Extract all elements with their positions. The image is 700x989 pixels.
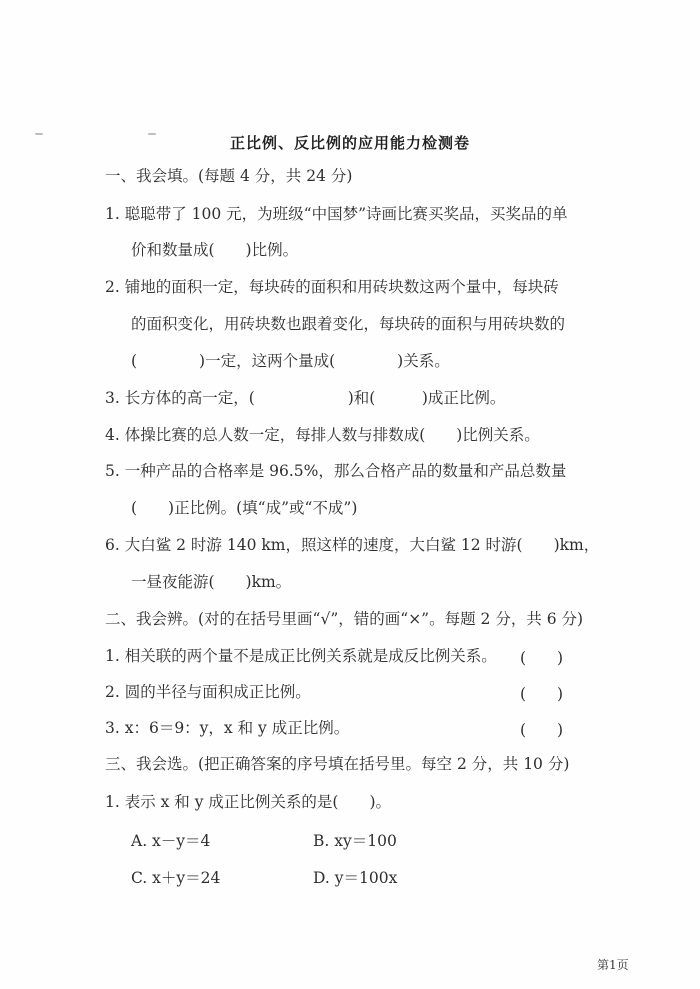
fill-question-5-line-1: 5. 一种产品的合格率是 96.5%，那么合格产品的数量和产品总数量 (105, 461, 566, 481)
fill-question-2-line-2: 的面积变化，用砖块数也跟着变化，每块砖的面积与用砖块数的 (131, 314, 565, 334)
fill-question-5-line-2: ( )正比例。(填“成”或“不成”) (131, 498, 357, 518)
fill-question-2-line-1: 2. 铺地的面积一定，每块砖的面积和用砖块数这两个量中，每块砖 (105, 277, 559, 297)
judge-answer-3: ( ) (520, 718, 563, 740)
fill-question-1-line-1: 1. 聪聪带了 100 元，为班级“中国梦”诗画比赛买奖品，买奖品的单 (105, 204, 568, 224)
page-number: 第1页 (597, 956, 629, 973)
judge-question-1: 1. 相关联的两个量不是成正比例关系就是成反比例关系。 (105, 646, 497, 666)
choice-question-1: 1. 表示 x 和 y 成正比例关系的是( )。 (105, 792, 391, 812)
worksheet-title: 正比例、反比例的应用能力检测卷 (0, 132, 700, 153)
fill-question-6-line-1: 6. 大白鲨 2 时游 140 km，照这样的速度，大白鲨 12 时游( )km… (105, 535, 599, 555)
judge-question-3: 3. x：6＝9：y，x 和 y 成正比例。 (105, 718, 349, 738)
judge-question-2: 2. 圆的半径与面积成正比例。 (105, 682, 311, 702)
fill-question-2-line-3: ( )一定，这两个量成( )关系。 (131, 351, 450, 371)
section-1-heading: 一、我会填。(每题 4 分，共 24 分) (105, 166, 352, 186)
fill-question-1-line-2: 价和数量成( )比例。 (131, 240, 298, 260)
choice-option-a: A. x－y＝4 (131, 829, 210, 851)
fill-question-4: 4. 体操比赛的总人数一定，每排人数与排数成( )比例关系。 (105, 425, 540, 445)
fill-question-6-line-2: 一昼夜能游( )km。 (131, 572, 291, 592)
section-2-heading: 二、我会辨。(对的在括号里画“√”，错的画“×”。每题 2 分，共 6 分) (105, 609, 583, 629)
judge-answer-2: ( ) (520, 682, 563, 704)
worksheet-page: 正比例、反比例的应用能力检测卷 一、我会填。(每题 4 分，共 24 分) 1.… (0, 0, 700, 989)
choice-option-b: B. xy＝100 (313, 829, 397, 851)
choice-option-c: C. x＋y＝24 (131, 866, 220, 888)
choice-option-d: D. y＝100x (313, 866, 397, 888)
judge-answer-1: ( ) (520, 646, 563, 668)
fill-question-3: 3. 长方体的高一定，( )和( )成正比例。 (105, 388, 505, 408)
section-3-heading: 三、我会选。(把正确答案的序号填在括号里。每空 2 分，共 10 分) (105, 754, 569, 774)
